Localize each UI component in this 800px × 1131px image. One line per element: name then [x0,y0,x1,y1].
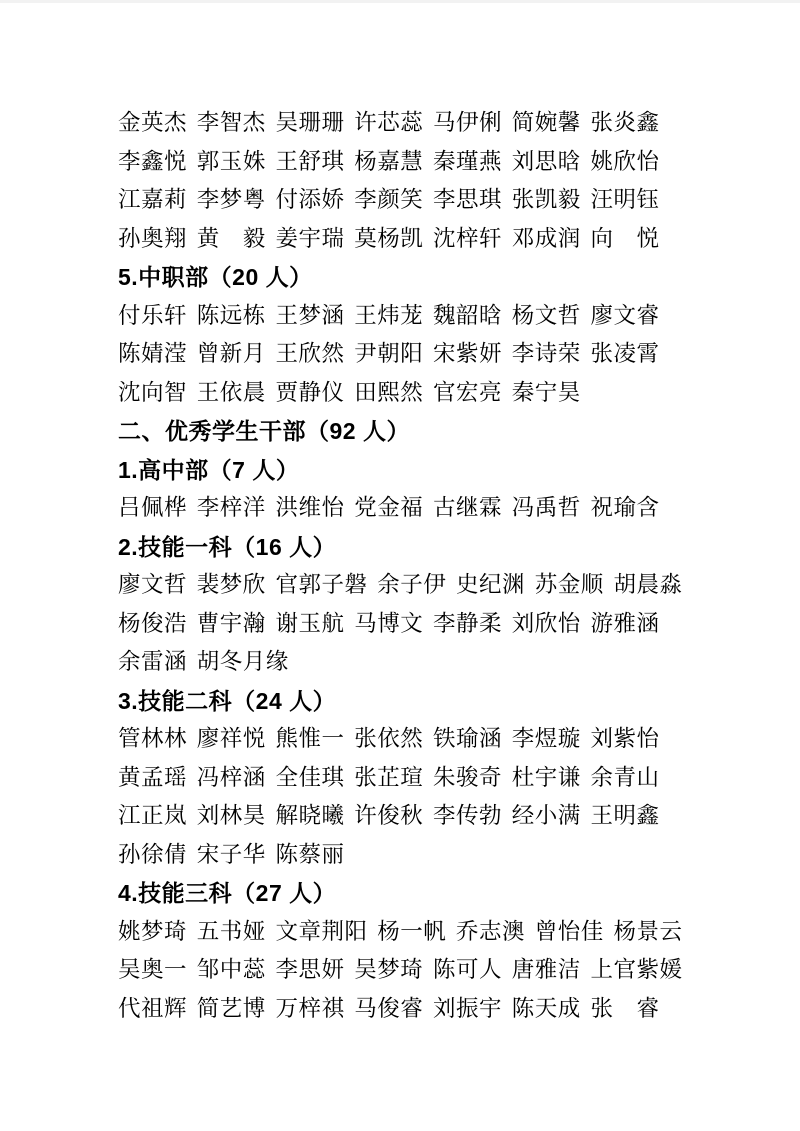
subsection-heading: 3.技能二科（24 人） [118,682,700,721]
name-row: 金英杰 李智杰 吴珊珊 许芯蕊 马伊俐 简婉馨 张炎鑫 [118,104,700,143]
name-row: 江嘉莉 李梦粤 付添娇 李颜笑 李思琪 张凯毅 汪明钰 [118,181,700,220]
name-row: 孙奥翔 黄 毅 姜宇瑞 莫杨凯 沈梓轩 邓成润 向 悦 [118,220,700,259]
name-row: 姚梦琦 五书娅 文章荆阳 杨一帆 乔志澳 曾怡佳 杨景云 [118,913,700,952]
name-row: 江正岚 刘林昊 解晓曦 许俊秋 李传勃 经小满 王明鑫 [118,797,700,836]
subsection-heading: 4.技能三科（27 人） [118,874,700,913]
name-row: 李鑫悦 郭玉姝 王舒琪 杨嘉慧 秦瑾燕 刘思晗 姚欣怡 [118,143,700,182]
name-row: 吕佩桦 李梓洋 洪维怡 党金福 古继霖 冯禹哲 祝瑜含 [118,489,700,528]
document-page: 金英杰 李智杰 吴珊珊 许芯蕊 马伊俐 简婉馨 张炎鑫 李鑫悦 郭玉姝 王舒琪 … [0,0,800,1028]
name-row: 付乐轩 陈远栋 王梦涵 王炜茏 魏韶晗 杨文哲 廖文睿 [118,297,700,336]
name-row: 黄孟瑶 冯梓涵 全佳琪 张芷瑄 朱骏奇 杜宇谦 余青山 [118,759,700,798]
name-row: 孙徐倩 宋子华 陈蔡丽 [118,836,700,875]
name-row: 沈向智 王依晨 贾静仪 田熙然 官宏亮 秦宁昊 [118,374,700,413]
subsection-heading: 2.技能一科（16 人） [118,528,700,567]
name-row: 杨俊浩 曹宇瀚 谢玉航 马博文 李静柔 刘欣怡 游雅涵 [118,605,700,644]
name-row: 管林林 廖祥悦 熊惟一 张依然 铁瑜涵 李煜璇 刘紫怡 [118,720,700,759]
section-heading: 二、优秀学生干部（92 人） [118,412,700,451]
name-row: 吴奥一 邹中蕊 李思妍 吴梦琦 陈可人 唐雅洁 上官紫媛 [118,951,700,990]
name-row: 代祖辉 简艺博 万梓祺 马俊睿 刘振宇 陈天成 张 睿 [118,990,700,1029]
name-row: 余雷涵 胡冬月缘 [118,643,700,682]
subsection-heading: 5.中职部（20 人） [118,258,700,297]
name-row: 陈婧滢 曾新月 王欣然 尹朝阳 宋紫妍 李诗荣 张凌霄 [118,335,700,374]
name-row: 廖文哲 裴梦欣 官郭子磐 余子伊 史纪渊 苏金顺 胡晨淼 [118,566,700,605]
subsection-heading: 1.高中部（7 人） [118,451,700,490]
page-top-edge [0,0,800,3]
